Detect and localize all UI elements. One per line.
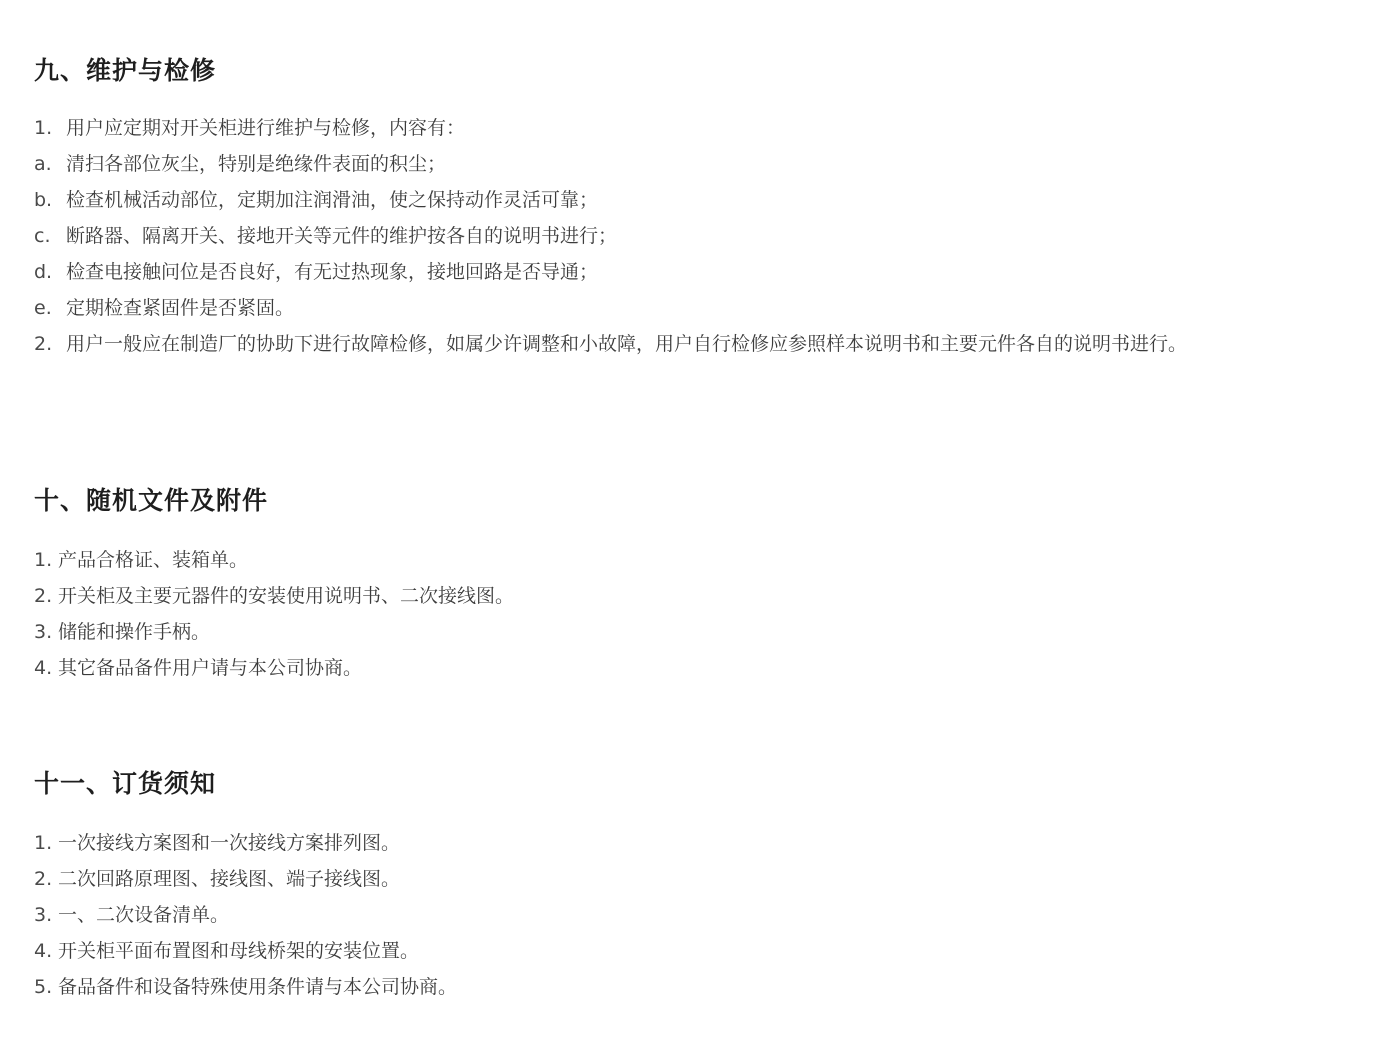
item-marker: 1. xyxy=(34,825,58,861)
list-item: e. 定期检查紧固件是否紧固。 xyxy=(34,290,1356,326)
section-accompanying-documents: 十、随机文件及附件 1. 产品合格证、装箱单。 2. 开关柜及主要元器件的安装使… xyxy=(34,484,1356,686)
list-item: d. 检查电接触问位是否良好，有无过热现象，接地回路是否导通； xyxy=(34,254,1356,290)
item-text: 清扫各部位灰尘，特别是绝缘件表面的积尘； xyxy=(66,146,1356,182)
section-ordering-notes: 十一、订货须知 1. 一次接线方案图和一次接线方案排列图。 2. 二次回路原理图… xyxy=(34,767,1356,1005)
item-marker: 2. xyxy=(34,578,58,614)
item-marker: 2. xyxy=(34,861,58,897)
item-text: 其它备品备件用户请与本公司协商。 xyxy=(58,650,1356,686)
item-text: 用户一般应在制造厂的协助下进行故障检修，如属少许调整和小故障，用户自行检修应参照… xyxy=(66,326,1356,362)
item-marker: d. xyxy=(34,254,66,290)
list-item: a. 清扫各部位灰尘，特别是绝缘件表面的积尘； xyxy=(34,146,1356,182)
list-item: 4. 其它备品备件用户请与本公司协商。 xyxy=(34,650,1356,686)
item-text: 一次接线方案图和一次接线方案排列图。 xyxy=(58,825,1356,861)
list-item: 2. 二次回路原理图、接线图、端子接线图。 xyxy=(34,861,1356,897)
item-marker: b. xyxy=(34,182,66,218)
item-marker: 2. xyxy=(34,326,66,362)
list-item: 1. 一次接线方案图和一次接线方案排列图。 xyxy=(34,825,1356,861)
list-item: 4. 开关柜平面布置图和母线桥架的安装位置。 xyxy=(34,933,1356,969)
item-text: 检查机械活动部位，定期加注润滑油，使之保持动作灵活可靠； xyxy=(66,182,1356,218)
item-text: 开关柜平面布置图和母线桥架的安装位置。 xyxy=(58,933,1356,969)
list-item: 3. 储能和操作手柄。 xyxy=(34,614,1356,650)
section-title: 九、维护与检修 xyxy=(34,54,1356,88)
item-marker: 1. xyxy=(34,542,58,578)
item-text: 备品备件和设备特殊使用条件请与本公司协商。 xyxy=(58,969,1356,1005)
item-list: 1. 用户应定期对开关柜进行维护与检修，内容有： a. 清扫各部位灰尘，特别是绝… xyxy=(34,110,1356,362)
item-marker: 1. xyxy=(34,110,66,146)
item-marker: 3. xyxy=(34,614,58,650)
item-text: 产品合格证、装箱单。 xyxy=(58,542,1356,578)
list-item: b. 检查机械活动部位，定期加注润滑油，使之保持动作灵活可靠； xyxy=(34,182,1356,218)
list-item: c. 断路器、隔离开关、接地开关等元件的维护按各自的说明书进行； xyxy=(34,218,1356,254)
item-text: 定期检查紧固件是否紧固。 xyxy=(66,290,1356,326)
item-marker: a. xyxy=(34,146,66,182)
list-item: 1. 用户应定期对开关柜进行维护与检修，内容有： xyxy=(34,110,1356,146)
section-title: 十、随机文件及附件 xyxy=(34,484,1356,518)
item-text: 用户应定期对开关柜进行维护与检修，内容有： xyxy=(66,110,1356,146)
item-text: 断路器、隔离开关、接地开关等元件的维护按各自的说明书进行； xyxy=(66,218,1356,254)
item-text: 一、二次设备清单。 xyxy=(58,897,1356,933)
item-marker: 4. xyxy=(34,650,58,686)
item-marker: e. xyxy=(34,290,66,326)
list-item: 1. 产品合格证、装箱单。 xyxy=(34,542,1356,578)
item-marker: 4. xyxy=(34,933,58,969)
item-marker: c. xyxy=(34,218,66,254)
item-text: 二次回路原理图、接线图、端子接线图。 xyxy=(58,861,1356,897)
list-item: 3. 一、二次设备清单。 xyxy=(34,897,1356,933)
section-maintenance: 九、维护与检修 1. 用户应定期对开关柜进行维护与检修，内容有： a. 清扫各部… xyxy=(34,54,1356,362)
item-text: 检查电接触问位是否良好，有无过热现象，接地回路是否导通； xyxy=(66,254,1356,290)
item-text: 储能和操作手柄。 xyxy=(58,614,1356,650)
item-marker: 3. xyxy=(34,897,58,933)
list-item: 5. 备品备件和设备特殊使用条件请与本公司协商。 xyxy=(34,969,1356,1005)
item-text: 开关柜及主要元器件的安装使用说明书、二次接线图。 xyxy=(58,578,1356,614)
list-item: 2. 用户一般应在制造厂的协助下进行故障检修，如属少许调整和小故障，用户自行检修… xyxy=(34,326,1356,362)
section-title: 十一、订货须知 xyxy=(34,767,1356,801)
list-item: 2. 开关柜及主要元器件的安装使用说明书、二次接线图。 xyxy=(34,578,1356,614)
item-list: 1. 产品合格证、装箱单。 2. 开关柜及主要元器件的安装使用说明书、二次接线图… xyxy=(34,542,1356,686)
item-marker: 5. xyxy=(34,969,58,1005)
item-list: 1. 一次接线方案图和一次接线方案排列图。 2. 二次回路原理图、接线图、端子接… xyxy=(34,825,1356,1005)
